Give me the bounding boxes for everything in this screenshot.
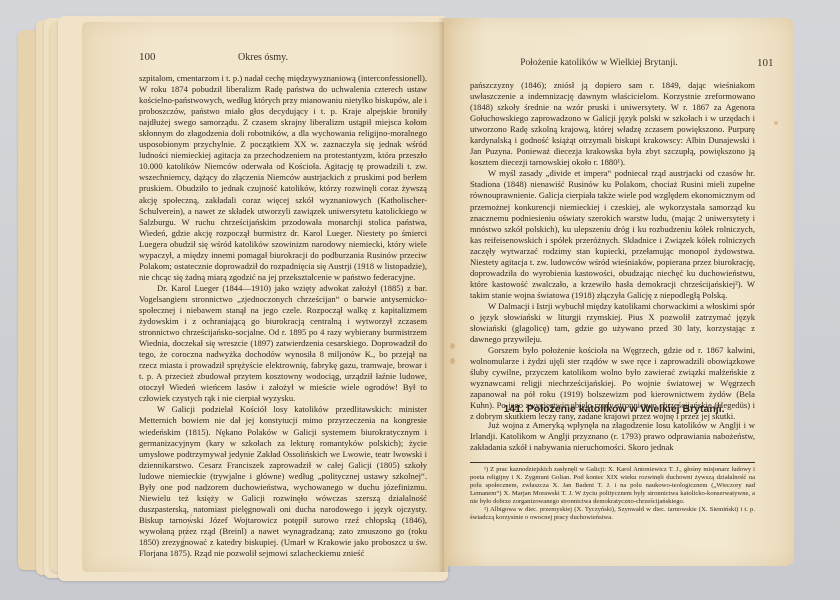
paragraph: W Dalmacji i Istrji wybuchł między katol… bbox=[470, 301, 755, 345]
footnotes: ¹) Z prac kaznodziejskich zasłynęli w Ga… bbox=[470, 466, 755, 522]
paper-stain bbox=[450, 343, 455, 349]
footnote: ¹) Z prac kaznodziejskich zasłynęli w Ga… bbox=[470, 466, 755, 506]
paper-stain bbox=[774, 121, 778, 125]
paragraph: pańszczyzny (1846); zniósł ją dopiero sa… bbox=[470, 80, 755, 168]
page-number: 101 bbox=[757, 57, 774, 69]
left-page: 100 Okres ósmy. szpitalom, cmentarzom i … bbox=[82, 22, 444, 572]
paragraph: Już wojna z Ameryką wpłynęła na złagodze… bbox=[470, 420, 755, 453]
footnote-divider bbox=[470, 462, 755, 463]
paper-stain bbox=[450, 358, 455, 364]
paragraph: W myśl zasady „divide et impera“ podniec… bbox=[470, 168, 755, 301]
paragraph: szpitalom, cmentarzom i t. p.) nadał cec… bbox=[139, 73, 427, 283]
left-body-text: szpitalom, cmentarzom i t. p.) nadał cec… bbox=[139, 73, 427, 559]
paragraph: Dr. Karol Lueger (1844—1910) jako wzięty… bbox=[139, 283, 427, 405]
section-title: 141. Położenie katolików w Wielkiej Bryt… bbox=[444, 403, 784, 415]
running-header: Okres ósmy. bbox=[82, 52, 444, 63]
right-page: Położenie katolików w Wielkiej Brytanji.… bbox=[444, 18, 794, 566]
section-body-text: Już wojna z Ameryką wpłynęła na złagodze… bbox=[470, 420, 755, 453]
paragraph: W Galicji podzielał Kościół losy katolik… bbox=[139, 404, 427, 559]
footnote: ²) Albigowa w diec. przemyskiej (X. Tycz… bbox=[470, 506, 755, 522]
right-body-text: pańszczyzny (1846); zniósł ją dopiero sa… bbox=[470, 80, 755, 422]
running-header: Położenie katolików w Wielkiej Brytanji. bbox=[444, 58, 754, 68]
